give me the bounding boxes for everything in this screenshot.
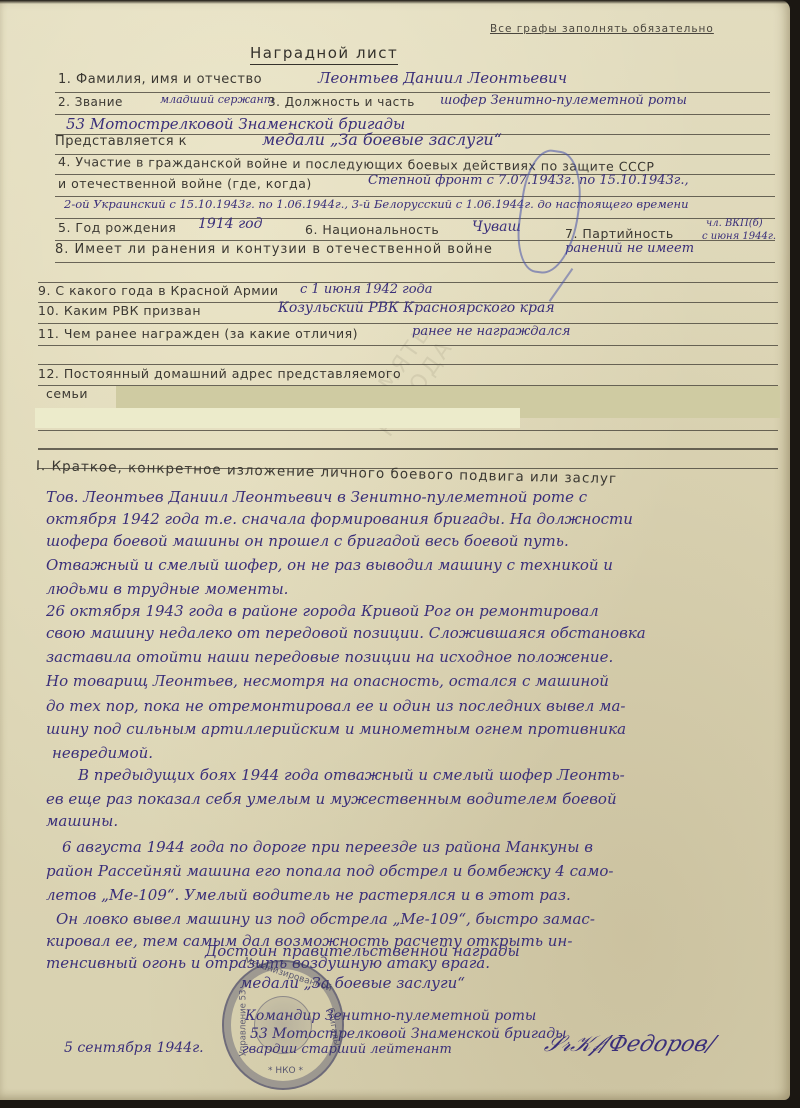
field-2-label: 2. Звание — [58, 95, 123, 109]
form-line — [38, 364, 778, 365]
narrative-line: невредимой. — [52, 744, 153, 762]
field-12-label: 12. Постоянный домашний адрес представля… — [38, 366, 401, 381]
narrative-line: ев еще раз показал себя умелым и мужеств… — [46, 790, 617, 808]
field-9-label: 9. С какого года в Красной Армии — [38, 283, 278, 298]
narrative-line: Отважный и смелый шофер, он не раз вывод… — [46, 556, 613, 574]
field-2-value: младший сержант — [160, 93, 274, 106]
form-line — [55, 262, 775, 263]
narrative-line: район Рассейняй машина его попала под об… — [46, 862, 613, 880]
narrative-line: Он ловко вывел машину из под обстрела „М… — [56, 910, 595, 928]
narrative-line: машины. — [46, 812, 118, 830]
narrative-line: свою машину недалеко от передовой позици… — [46, 624, 646, 642]
form-line — [55, 218, 775, 219]
field-5-value: 1914 год — [198, 216, 262, 232]
field-6-value: Чуваш — [472, 219, 521, 235]
seal-bottom-text: * НКО * — [268, 1066, 303, 1076]
narrative-line: Тов. Леонтьев Даниил Леонтьевич в Зенитн… — [46, 488, 587, 506]
seal-left-text: Управление 53 — [238, 990, 248, 1057]
narrative-line: людьми в трудные моменты. — [46, 580, 288, 598]
field-7-value-cont: с июня 1944г. — [702, 231, 776, 242]
narrative-line: Но товарищ Леонтьев, несмотря на опаснос… — [46, 672, 609, 690]
presented-to-value: медали „За боевые заслуги“ — [262, 130, 502, 149]
narrative-line: 6 августа 1944 года по дороге при переез… — [62, 838, 593, 856]
seal-right-text: бригады — [325, 1007, 342, 1047]
field-4-label-cont: и отечественной войне (где, когда) — [58, 176, 312, 191]
signature: 𝒮𝓇𝒦𝒻/Федоров/ — [542, 1032, 719, 1057]
field-10-label: 10. Каким РВК призван — [38, 303, 201, 318]
field-8-label: 8. Имеет ли ранения и контузии в отечест… — [55, 242, 493, 257]
field-7-label: 7. Партийность — [565, 226, 674, 241]
field-4-value-cont: 2-ой Украинский с 15.10.1943г. по 1.06.1… — [64, 197, 689, 211]
signature-flourish: 𝒮𝓇𝒦𝒻 — [542, 1032, 605, 1057]
narrative-line: октября 1942 года т.е. сначала формирова… — [46, 510, 633, 528]
section-divider — [38, 448, 778, 450]
field-10-value: Козульский РВК Красноярского края — [278, 300, 555, 316]
field-11-value: ранее не награждался — [412, 324, 570, 339]
award-sheet-page: ПАМЯТЬ НАРОДА Все графы заполнять обязат… — [0, 0, 790, 1100]
field-1-label: 1. Фамилия, имя и отчество — [58, 72, 262, 87]
field-9-value: с 1 июня 1942 года — [300, 282, 433, 297]
fill-all-fields-notice: Все графы заполнять обязательно — [490, 23, 714, 35]
document-title: Наградной лист — [250, 44, 398, 65]
official-seal: Механизированной Управление 53 бригады *… — [222, 960, 344, 1090]
narrative-line: шофера боевой машины он прошел с бригадо… — [46, 532, 569, 550]
form-line — [38, 345, 778, 346]
signature-name: /Федоров/ — [598, 1032, 718, 1057]
narrative-line: до тех пор, пока не отремонтировал ее и … — [46, 697, 625, 715]
scan-edge — [0, 0, 800, 4]
presented-to-label: Представляется к — [55, 134, 187, 149]
redacted-address-line-2 — [35, 408, 520, 428]
field-6-label: 6. Национальность — [305, 222, 439, 237]
form-line — [38, 323, 778, 324]
state-emblem-icon — [254, 996, 312, 1054]
field-7-value: чл. ВКП(б) — [706, 218, 763, 229]
narrative-line: заставила отойти наши передовые позиции … — [46, 648, 613, 666]
field-12-label-cont: семьи — [46, 386, 88, 401]
field-3-label: 3. Должность и часть — [268, 95, 415, 109]
field-5-label: 5. Год рождения — [58, 220, 176, 235]
field-3-value: шофер Зенитно-пулеметной роты — [440, 93, 687, 108]
field-8-value: ранений не имеет — [565, 241, 694, 256]
signature-date: 5 сентября 1944г. — [64, 1040, 204, 1056]
section-heading: I. Краткое, конкретное изложение личного… — [36, 458, 617, 487]
narrative-line: шину под сильным артиллерийским и миноме… — [46, 720, 626, 738]
pencil-stroke — [549, 268, 574, 302]
field-11-label: 11. Чем ранее награжден (за какие отличи… — [38, 326, 358, 341]
narrative-line: 26 октября 1943 года в районе города Кри… — [46, 602, 599, 620]
narrative-line: летов „Ме-109“. Умелый водитель не расте… — [46, 886, 571, 904]
narrative-line: В предыдущих боях 1944 года отважный и с… — [78, 766, 625, 784]
form-line — [38, 430, 778, 431]
field-1-value: Леонтьев Даниил Леонтьевич — [318, 69, 567, 87]
